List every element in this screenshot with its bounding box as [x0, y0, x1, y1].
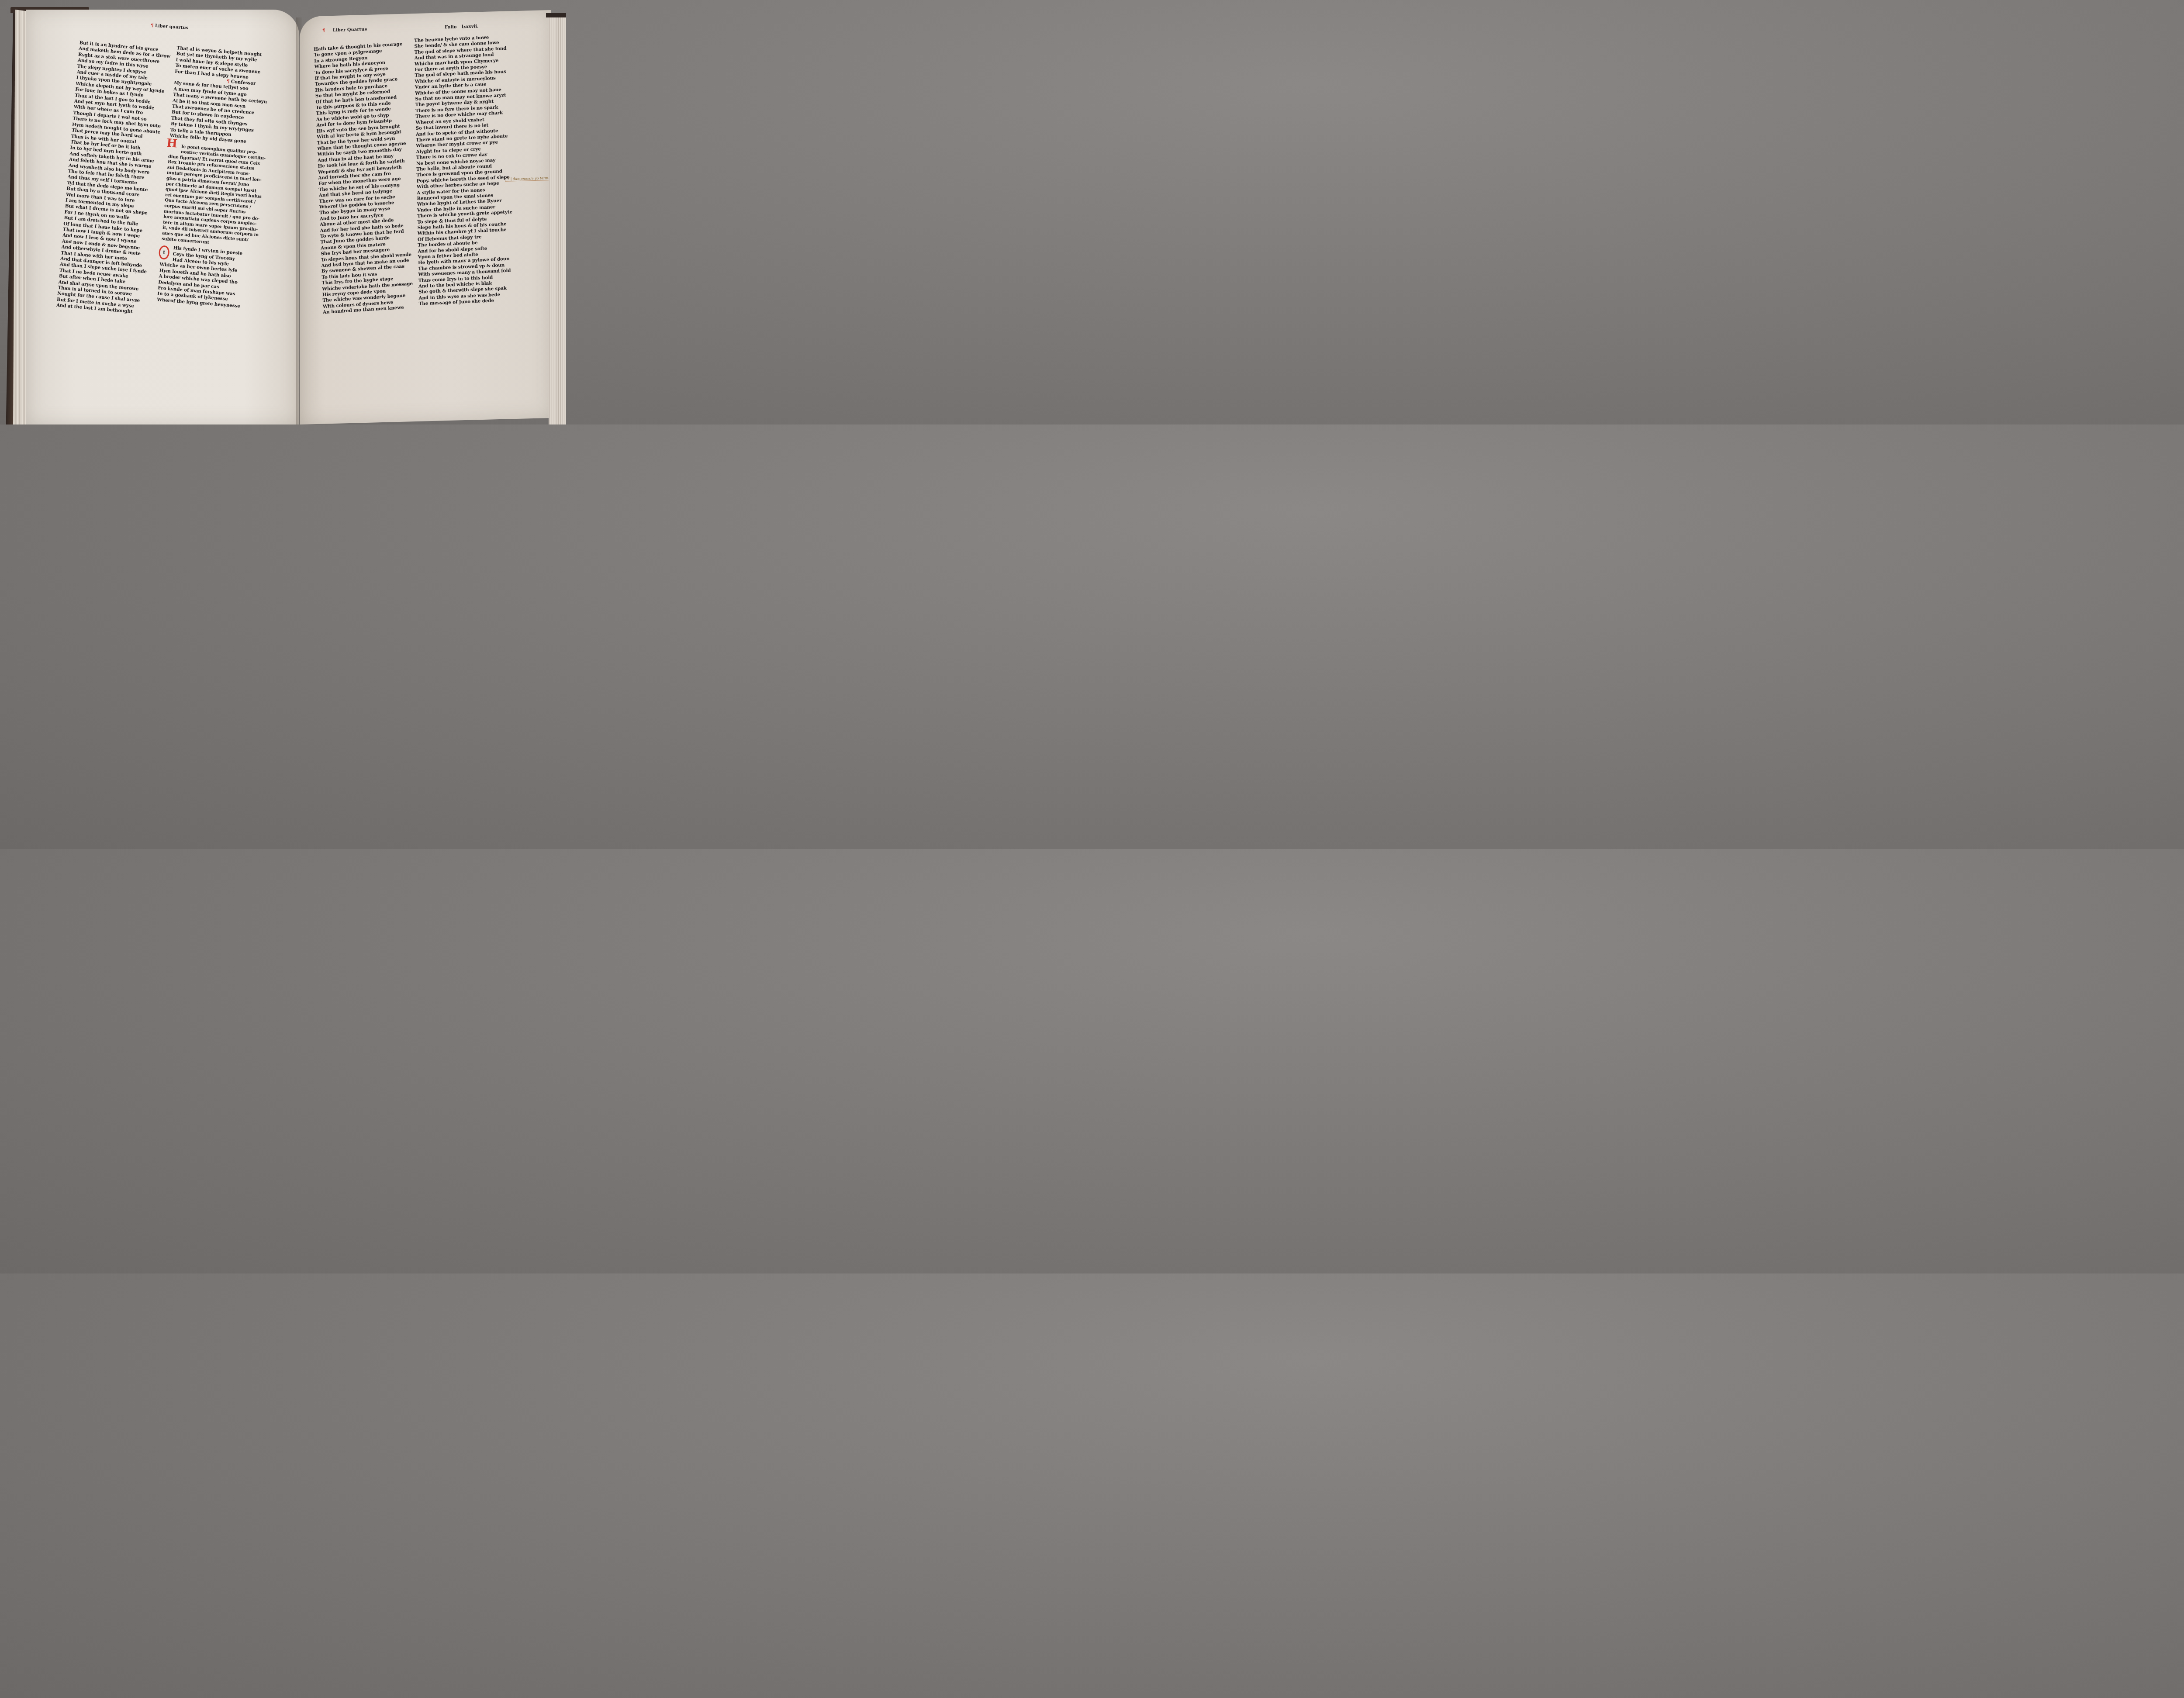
running-head-text: Liber quartus: [155, 24, 189, 31]
book-photo-scene: ¶ Liber quartus But it is an hyndrer of …: [0, 0, 566, 424]
latin-gloss: Ic ponit exemplum qualiter pro-nostice v…: [162, 143, 266, 249]
pilcrow-icon: ¶: [151, 23, 154, 28]
pilcrow-icon: ¶: [226, 79, 229, 84]
book-binding-right: [546, 13, 566, 17]
right-running-head: ¶ Liber Quartus Folio lxxxvii.: [322, 23, 532, 33]
latin-gloss-block: H Ic ponit exemplum qualiter pro-nostice…: [162, 143, 266, 249]
lombard-initial-h: H: [166, 140, 177, 147]
left-running-head: ¶ Liber quartus: [151, 23, 189, 31]
folio-number: Folio lxxxvii.: [445, 24, 479, 30]
right-page-column-a: Hath take & thought in his courageTo gon…: [314, 41, 414, 315]
verse-block-2: My sone & for thou tellyst sooA man may …: [169, 80, 271, 146]
right-page-column-b: The heuene lyche vnto a boweShe bende/ &…: [414, 34, 514, 307]
verse-block-3: His fynde I wryten in poesieCeyx the kyn…: [157, 245, 258, 311]
right-fore-edge: [549, 17, 566, 424]
left-page-column-b: That al is weyne & helpeth noughtBut yet…: [157, 45, 274, 311]
left-page: ¶ Liber quartus But it is an hyndrer of …: [26, 10, 299, 424]
handwritten-marginalia: ; 7 | dampnande yo terme: [505, 176, 550, 182]
verse-block-3-wrap: t His fynde I wryten in poesieCeyx the k…: [157, 245, 258, 311]
left-page-column-a: But it is an hyndrer of his graceAnd mak…: [56, 40, 171, 317]
pilcrow-icon: ¶: [322, 28, 325, 33]
right-page: ¶ Liber Quartus Folio lxxxvii. Hath take…: [300, 10, 551, 424]
